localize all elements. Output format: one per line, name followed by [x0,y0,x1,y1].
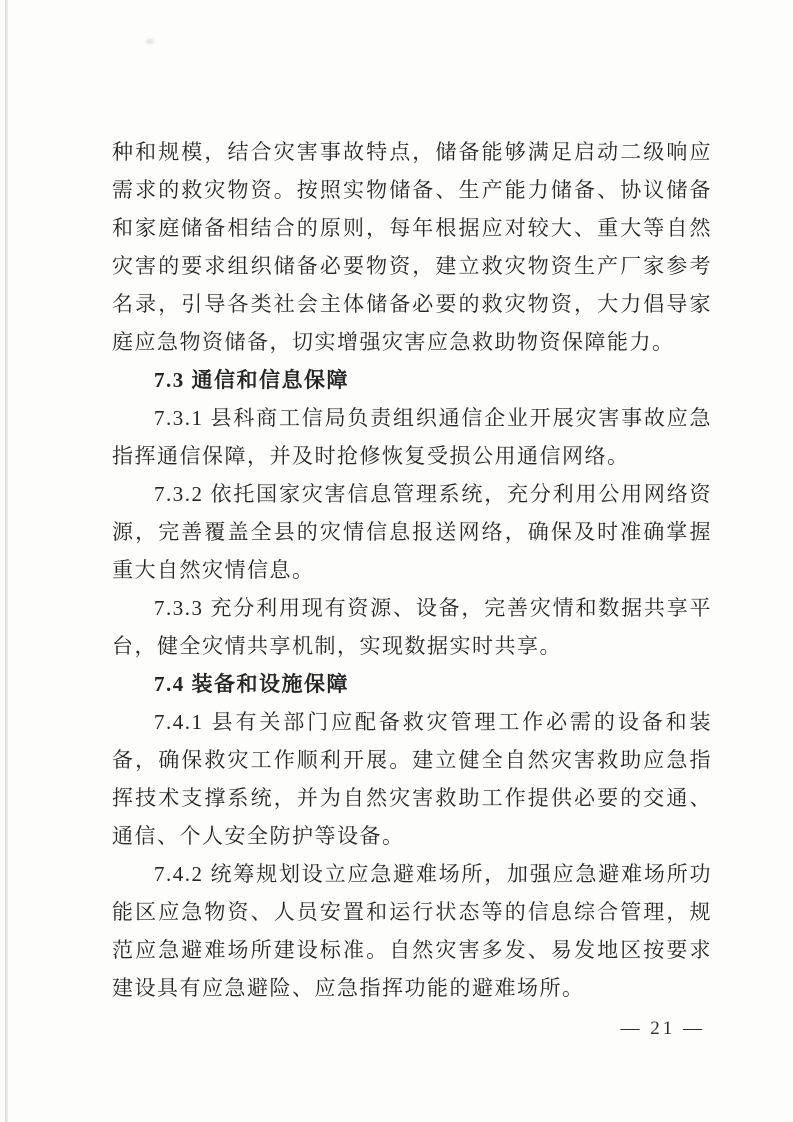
section-heading-7-3: 7.3 通信和信息保障 [112,361,712,399]
paragraph-7-3-1: 7.3.1 县科商工信局负责组织通信企业开展灾害事故应急指挥通信保障，并及时抢修… [112,399,712,475]
scan-artifact [146,39,154,44]
paragraph-7-3-2: 7.3.2 依托国家灾害信息管理系统，充分利用公用网络资源，完善覆盖全县的灾情信… [112,475,712,589]
page-footer: — 21 — [0,1018,793,1040]
paragraph-7-3-3: 7.3.3 充分利用现有资源、设备，完善灾情和数据共享平台，健全灾情共享机制，实… [112,589,712,665]
paragraph-7-4-2: 7.4.2 统筹规划设立应急避难场所，加强应急避难场所功能区应急物资、人员安置和… [112,855,712,1007]
paragraph-7-4-1: 7.4.1 县有关部门应配备救灾管理工作必需的设备和装备，确保救灾工作顺利开展。… [112,703,712,855]
document-body: 种和规模，结合灾害事故特点，储备能够满足启动二级响应需求的救灾物资。按照实物储备… [112,133,712,1007]
section-heading-7-4: 7.4 装备和设施保障 [112,665,712,703]
page-number: — 21 — [621,1018,706,1039]
scan-edge-line [5,0,8,1122]
paragraph-continuation: 种和规模，结合灾害事故特点，储备能够满足启动二级响应需求的救灾物资。按照实物储备… [112,133,712,361]
document-page: 种和规模，结合灾害事故特点，储备能够满足启动二级响应需求的救灾物资。按照实物储备… [0,0,793,1122]
